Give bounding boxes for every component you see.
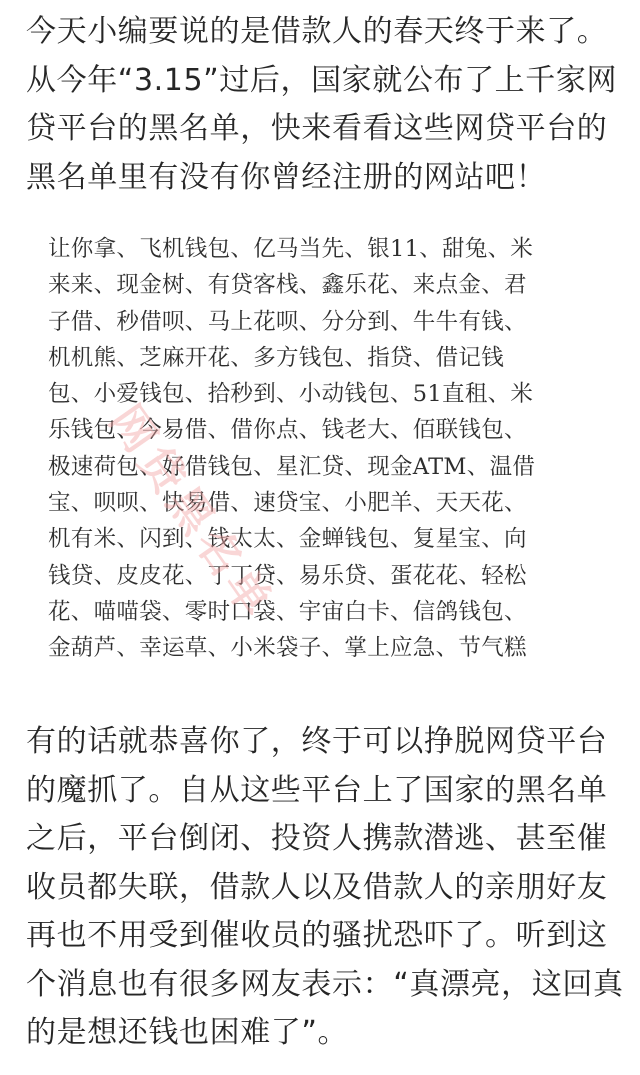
blacklist-line: 让你拿、飞机钱包、亿马当先、银11、甜兔、米 xyxy=(48,231,608,267)
blacklist-line: 机机熊、芝麻开花、多方钱包、指贷、借记钱 xyxy=(48,340,608,376)
outro-paragraph: 有的话就恭喜你了，终于可以挣脱网贷平台 的魔抓了。自从这些平台上了国家的黑名单 … xyxy=(26,718,626,1058)
outro-line: 的魔抓了。自从这些平台上了国家的黑名单 xyxy=(26,767,626,816)
blacklist-line: 宝、呗呗、快易借、速贷宝、小肥羊、天天花、 xyxy=(48,485,608,521)
blacklist-text: 让你拿、飞机钱包、亿马当先、银11、甜兔、米 来来、现金树、有贷客栈、鑫乐花、来… xyxy=(48,231,608,667)
blacklist-line: 子借、秒借呗、马上花呗、分分到、牛牛有钱、 xyxy=(48,304,608,340)
blacklist-line: 来来、现金树、有贷客栈、鑫乐花、来点金、君 xyxy=(48,267,608,303)
watermark-corner xyxy=(520,663,560,683)
outro-line: 有的话就恭喜你了，终于可以挣脱网贷平台 xyxy=(26,718,626,767)
intro-line: 贷平台的黑名单，快来看看这些网贷平台的 xyxy=(26,105,626,154)
blacklist-image: 让你拿、飞机钱包、亿马当先、银11、甜兔、米 来来、现金树、有贷客栈、鑫乐花、来… xyxy=(0,215,640,705)
blacklist-line: 钱贷、皮皮花、丁丁贷、易乐贷、蛋花花、轻松 xyxy=(48,558,608,594)
outro-line: 的是想还钱也困难了”。 xyxy=(26,1009,626,1058)
intro-line: 从今年“3.15”过后，国家就公布了上千家网 xyxy=(26,57,626,106)
outro-line: 之后，平台倒闭、投资人携款潜逃、甚至催 xyxy=(26,815,626,864)
blacklist-line: 包、小爱钱包、拾秒到、小动钱包、51直租、米 xyxy=(48,376,608,412)
blacklist-line: 乐钱包、今易借、借你点、钱老大、佰联钱包、 xyxy=(48,412,608,448)
outro-line: 个消息也有很多网友表示：“真漂亮，这回真 xyxy=(26,961,626,1010)
intro-paragraph: 今天小编要说的是借款人的春天终于来了。 从今年“3.15”过后，国家就公布了上千… xyxy=(26,8,626,202)
blacklist-line: 花、喵喵袋、零时口袋、宇宙白卡、信鸽钱包、 xyxy=(48,594,608,630)
outro-line: 收员都失联，借款人以及借款人的亲朋好友 xyxy=(26,864,626,913)
outro-line: 再也不用受到催收员的骚扰恐吓了。听到这 xyxy=(26,912,626,961)
blacklist-line: 金葫芦、幸运草、小米袋子、掌上应急、节气糕 xyxy=(48,630,608,666)
blacklist-line: 机有米、闪到、钱太太、金蝉钱包、复星宝、向 xyxy=(48,521,608,557)
intro-line: 今天小编要说的是借款人的春天终于来了。 xyxy=(26,8,626,57)
intro-line: 黑名单里有没有你曾经注册的网站吧！ xyxy=(26,154,626,203)
blacklist-line: 极速荷包、好借钱包、星汇贷、现金ATM、温借 xyxy=(48,449,608,485)
